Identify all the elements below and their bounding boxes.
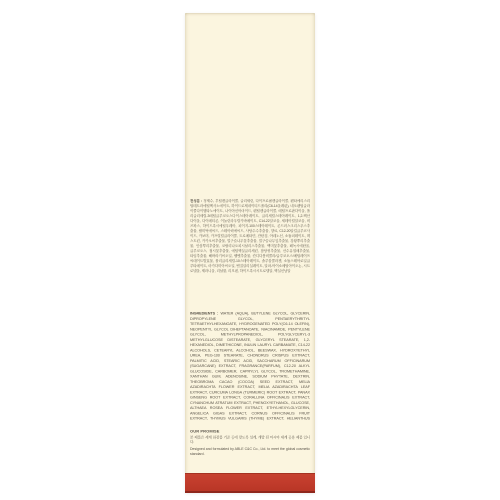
- product-photo-background: 전성분 : 정제수, 부틸렌글라이콜, 글리세린, 다이프로필렌글라이콜, 펜타…: [0, 0, 500, 500]
- our-promise-english: Designed and formulated by ABLE C&C Co.,…: [190, 447, 310, 457]
- ingredients-korean-label: 전성분 :: [190, 200, 202, 204]
- our-promise-korean: 본 제품은 세계 화장품 기준 등에 맞도록 설계, 개발 된 아시아 세계 공…: [190, 436, 310, 445]
- product-box-back-panel: 전성분 : 정제수, 부틸렌글라이콜, 글리세린, 다이프로필렌글라이콜, 펜타…: [185, 13, 315, 493]
- red-accent-band: [185, 473, 315, 493]
- ingredients-korean: 전성분 : 정제수, 부틸렌글라이콜, 글리세린, 다이프로필렌글라이콜, 펜타…: [190, 199, 310, 303]
- ingredients-english-text: WATER (AQUA), BUTYLENE GLYCOL, GLYCERIN,…: [190, 311, 310, 422]
- ingredients-korean-text: 정제수, 부틸렌글라이콜, 글리세린, 다이프로필렌글라이콜, 펜타에리스리틸테…: [190, 200, 310, 274]
- ingredients-english-label: INGREDIENTS :: [190, 311, 218, 316]
- box-printed-text-area: 전성분 : 정제수, 부틸렌글라이콜, 글리세린, 다이프로필렌글라이콜, 펜타…: [190, 199, 310, 471]
- our-promise-heading: OUR PROMISE: [190, 429, 310, 434]
- ingredients-english: INGREDIENTS : WATER (AQUA), BUTYLENE GLY…: [190, 311, 310, 422]
